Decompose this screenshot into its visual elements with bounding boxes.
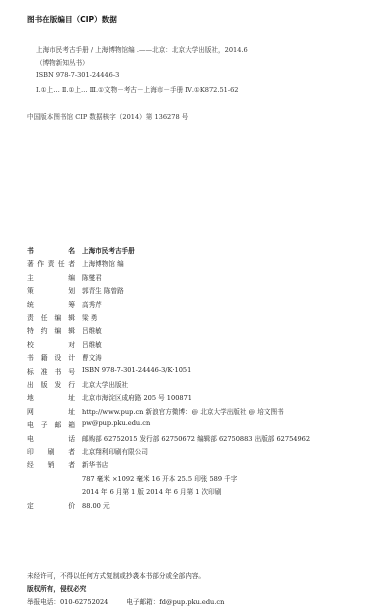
label-char: 准 — [41, 366, 48, 376]
label-char: 编 — [54, 312, 61, 322]
label-char: 书 — [54, 366, 61, 376]
colophon-value: 北京翔利印刷有限公司 — [82, 446, 148, 456]
label-char: 辑 — [68, 325, 75, 335]
cip-title: 图书在版编目（CIP）数据 — [27, 14, 117, 25]
label-char: 标 — [27, 366, 34, 376]
colophon-label: 网址 — [27, 406, 75, 416]
label-char: 策 — [27, 285, 34, 295]
label-char: 任 — [41, 312, 48, 322]
label-char: 价 — [68, 500, 75, 510]
colophon-label: 出版发行 — [27, 379, 75, 389]
colophon-label: 主编 — [27, 272, 75, 282]
label-char: 电 — [27, 433, 34, 443]
colophon-value: http://www.pup.cn 新浪官方微博：@ 北京大学出版社 @ 培文图… — [82, 406, 284, 416]
label-char: 址 — [68, 406, 75, 416]
colophon-value: 吕维敏 — [82, 339, 102, 349]
colophon-label: 统筹 — [27, 299, 75, 309]
colophon-value: 曹文涛 — [82, 352, 102, 362]
cip-line-series: （博物新知丛书） — [36, 57, 89, 67]
label-char: 印 — [27, 446, 34, 456]
label-char: 特 — [27, 325, 34, 335]
cip-line-isbn: ISBN 978-7-301-24446-3 — [36, 71, 119, 79]
label-char: 版 — [41, 379, 48, 389]
colophon-value: pw@pup.pku.edu.cn — [82, 419, 150, 427]
label-char: 经 — [27, 459, 34, 469]
label-char: 行 — [68, 379, 75, 389]
cip-line-subjects: Ⅰ.①上… Ⅱ.①上… Ⅲ.①文物－考古－上海市－手册 Ⅳ.①K872.51-6… — [36, 84, 238, 94]
colophon-value: 陈燮君 — [82, 272, 102, 282]
label-char: 编 — [54, 325, 61, 335]
notice-rights-reserved: 版权所有，侵权必究 — [27, 583, 86, 593]
label-char: 邮 — [54, 419, 61, 429]
label-char: 者 — [68, 258, 75, 268]
label-char: 名 — [68, 245, 75, 255]
label-char: 刷 — [48, 446, 55, 456]
label-char: 计 — [68, 352, 75, 362]
colophon-value: 787 毫米 ×1092 毫米 16 开本 25.5 印张 589 千字 — [82, 473, 237, 483]
label-char: 筹 — [68, 299, 75, 309]
colophon-value: 邮购部 62752015 发行部 62750672 编辑部 62750883 出… — [82, 433, 310, 443]
colophon-label: 经销者 — [27, 459, 75, 469]
colophon-value: ISBN 978-7-301-24446-3/K·1051 — [82, 366, 191, 374]
label-char: 设 — [54, 352, 61, 362]
colophon-value: 吕维敏 — [82, 325, 102, 335]
label-char: 主 — [27, 272, 34, 282]
colophon-label: 策划 — [27, 285, 75, 295]
notice-report: 举报电话：010-62752024电子邮箱：fd@pup.pku.edu.cn — [27, 596, 224, 606]
label-char: 者 — [68, 446, 75, 456]
colophon-label: 电话 — [27, 433, 75, 443]
report-phone: 举报电话：010-62752024 — [27, 598, 108, 606]
colophon-value: 郭青生 陈曾路 — [82, 285, 124, 295]
label-char: 书 — [27, 352, 34, 362]
label-char: 箱 — [68, 419, 75, 429]
label-char: 责 — [27, 312, 34, 322]
label-char: 编 — [68, 272, 75, 282]
colophon-label: 责任编辑 — [27, 312, 75, 322]
label-char: 销 — [48, 459, 55, 469]
label-char: 电 — [27, 419, 34, 429]
colophon-value: 88.00 元 — [82, 500, 110, 510]
label-char: 子 — [41, 419, 48, 429]
colophon-label: 定价 — [27, 500, 75, 510]
colophon-value: 上海博物馆 编 — [82, 258, 124, 268]
label-char: 校 — [27, 339, 34, 349]
cip-line-title: 上海市民考古手册 / 上海博物馆编 .——北京：北京大学出版社，2014.6 — [36, 44, 248, 54]
report-email: 电子邮箱：fd@pup.pku.edu.cn — [126, 598, 224, 606]
label-char: 任 — [58, 258, 65, 268]
colophon-value: 上海市民考古手册 — [82, 245, 135, 255]
colophon-label: 书籍设计 — [27, 352, 75, 362]
label-char: 号 — [68, 366, 75, 376]
colophon-value: 高秀芹 — [82, 299, 102, 309]
colophon-label: 印刷者 — [27, 446, 75, 456]
label-char: 书 — [27, 245, 34, 255]
label-char: 辑 — [68, 312, 75, 322]
label-char: 发 — [54, 379, 61, 389]
label-char: 话 — [68, 433, 75, 443]
colophon-label: 著作责任者 — [27, 258, 75, 268]
label-char: 定 — [27, 500, 34, 510]
label-char: 统 — [27, 299, 34, 309]
label-char: 籍 — [41, 352, 48, 362]
label-char: 网 — [27, 406, 34, 416]
colophon-label: 电子邮箱 — [27, 419, 75, 429]
label-char: 著 — [27, 258, 34, 268]
colophon-value: 北京市海淀区成府路 205 号 100871 — [82, 392, 192, 402]
colophon-label: 特约编辑 — [27, 325, 75, 335]
label-char: 作 — [37, 258, 44, 268]
notice-reproduction: 未经许可，不得以任何方式复制或抄袭本书部分或全部内容。 — [27, 570, 205, 580]
colophon-label: 标准书号 — [27, 366, 75, 376]
label-char: 地 — [27, 392, 34, 402]
cip-catalog-number: 中国版本图书馆 CIP 数据核字（2014）第 136278 号 — [27, 111, 188, 121]
colophon-value: 北京大学出版社 — [82, 379, 128, 389]
label-char: 划 — [68, 285, 75, 295]
colophon-value: 梁 勇 — [82, 312, 97, 322]
label-char: 责 — [48, 258, 55, 268]
label-char: 出 — [27, 379, 34, 389]
colophon-label: 地址 — [27, 392, 75, 402]
colophon-value: 2014 年 6 月第 1 版 2014 年 6 月第 1 次印刷 — [82, 486, 221, 496]
colophon-label: 校对 — [27, 339, 75, 349]
label-char: 址 — [68, 392, 75, 402]
label-char: 约 — [41, 325, 48, 335]
label-char: 对 — [68, 339, 75, 349]
colophon-label: 书名 — [27, 245, 75, 255]
label-char: 者 — [68, 459, 75, 469]
colophon-value: 新华书店 — [82, 459, 108, 469]
